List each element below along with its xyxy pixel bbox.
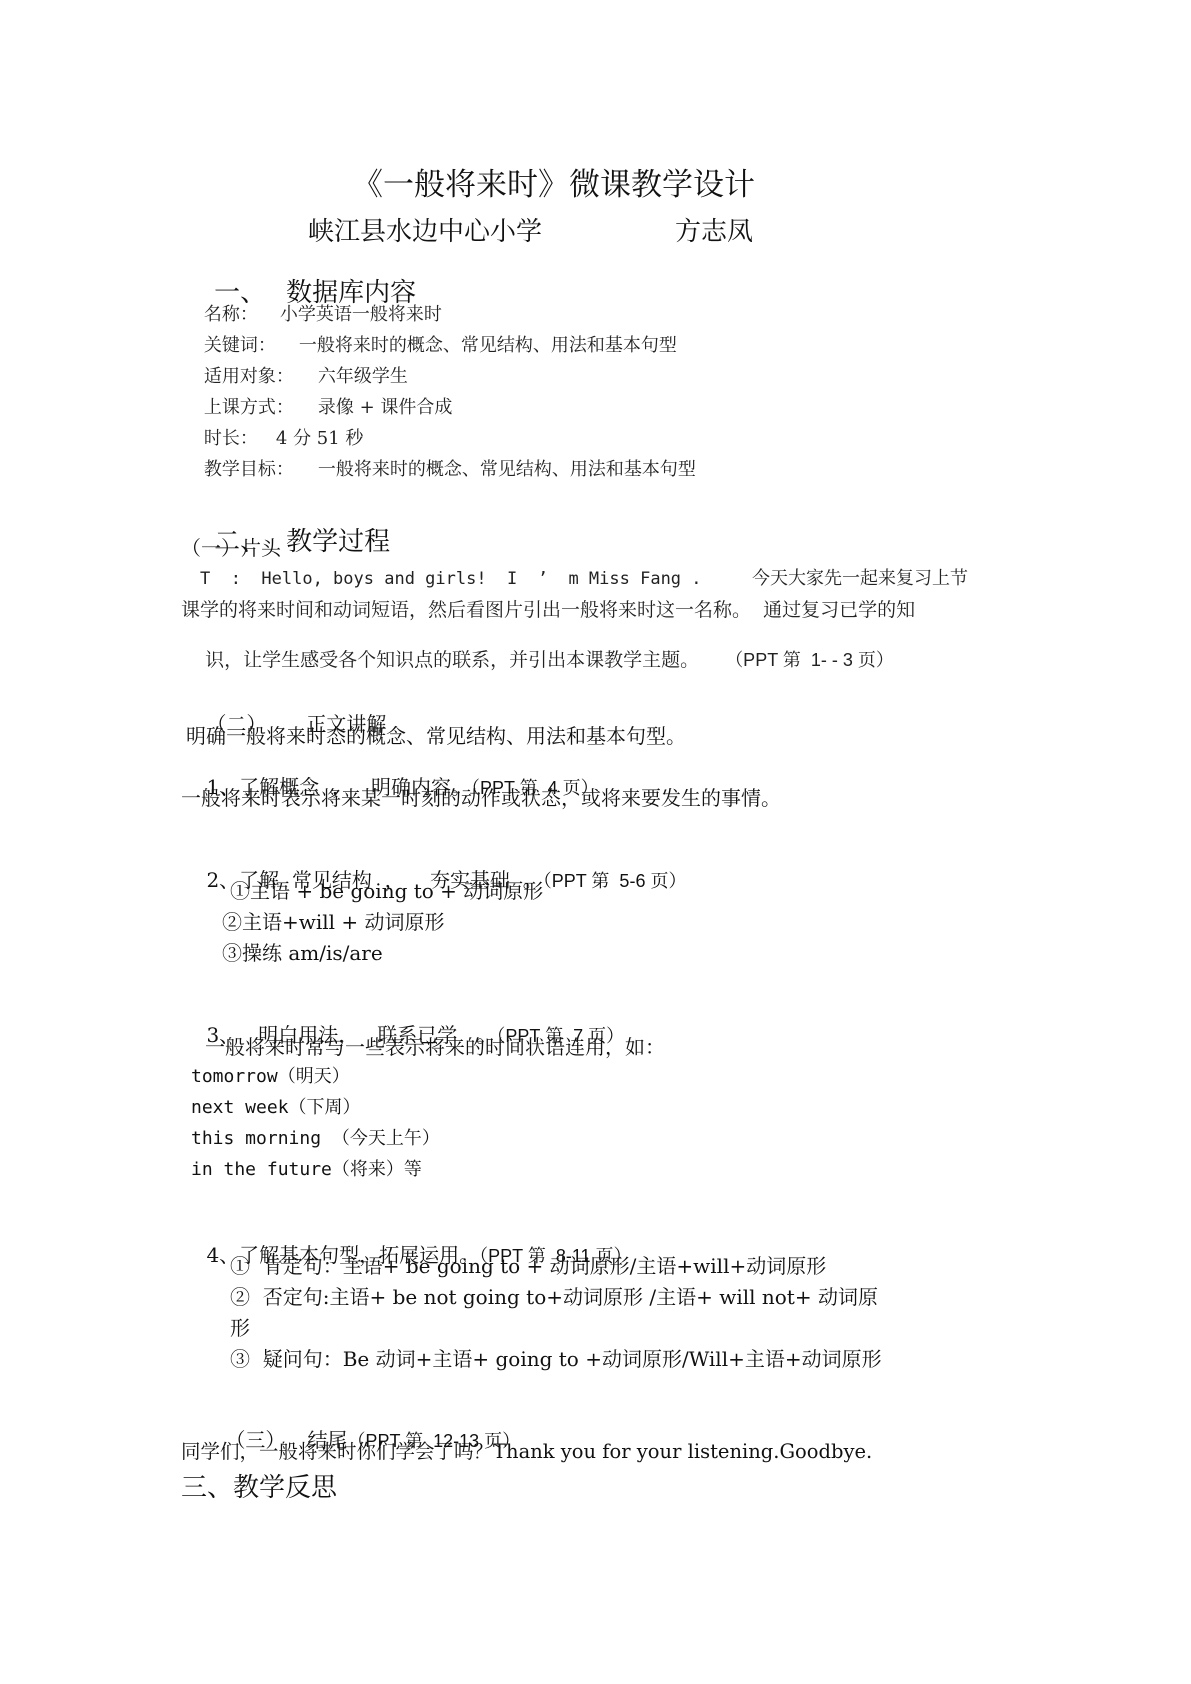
- item-3-text: 一般将来时常与一些表示将来的时间状语连用，如：: [205, 1037, 665, 1057]
- field-label: 教学目标：: [204, 461, 318, 479]
- sentence-negative: ② 否定句:主语+ be not going to+动词原形 /主语+ will…: [230, 1287, 878, 1307]
- school-name: 峡江县水边中心小学: [308, 219, 542, 245]
- author-name: 方志凤: [675, 219, 753, 245]
- structure-point-2: ②主语+will + 动词原形: [222, 912, 445, 932]
- item-1-text: 一般将来时表示将来某一时刻的动作或状态，或将来要发生的事情。: [181, 788, 781, 808]
- section-3-heading: 三、教学反思: [181, 1475, 337, 1501]
- structure-point-3: ③操练 am/is/are: [222, 943, 383, 963]
- ppt-reference: （PPT 第 5-6 页）: [543, 871, 687, 891]
- field-value: 一般将来时的概念、常见结构、用法和基本句型: [318, 459, 696, 480]
- part-1-line-1-english: T : Hello, boys and girls! I ’ m Miss Fa…: [200, 571, 702, 588]
- section-2-title: 教学过程: [286, 527, 390, 557]
- sentence-affirmative: ① 肯定句：主语+ be going to + 动词原形/主语+will+动词原…: [230, 1256, 826, 1276]
- time-example-4: in the future（将来）等: [191, 1161, 422, 1179]
- time-example-3: this morning （今天上午）: [191, 1130, 440, 1148]
- part-1-line-3-text: 识，让学生感受各个知识点的联系，并引出本课教学主题。: [205, 649, 699, 671]
- part-1-line-2: 课学的将来时间和动词短语，然后看图片引出一般将来时这一名称。 通过复习已学的知: [181, 601, 915, 620]
- time-example-1: tomorrow（明天）: [191, 1068, 350, 1086]
- structure-point-1: ①主语 + be going to + 动词原形: [230, 881, 543, 901]
- time-example-2: next week（下周）: [191, 1099, 361, 1117]
- document-title: 《一般将来时》微课教学设计: [352, 170, 755, 201]
- part-1-line-3: 识，让学生感受各个知识点的联系，并引出本课教学主题。（PPT 第 1- - 3 …: [181, 632, 894, 689]
- part-2-intro: 明确一般将来时态的概念、常见结构、用法和基本句型。: [186, 726, 686, 746]
- part-1-line-1-chinese: 今天大家先一起来复习上节: [752, 570, 968, 588]
- field-objective: 教学目标：一般将来时的概念、常见结构、用法和基本句型: [181, 443, 696, 497]
- ppt-reference: （PPT 第 1- - 3 页）: [725, 650, 894, 670]
- sentence-negative-wrap: 形: [230, 1318, 250, 1338]
- closing-text: 同学们，一般将来时你们学会了吗？Thank you for your liste…: [181, 1442, 872, 1462]
- sentence-question: ③ 疑问句：Be 动词+主语+ going to +动词原形/Will+主语+动…: [230, 1349, 882, 1369]
- part-1-heading: （一）片头: [181, 538, 281, 558]
